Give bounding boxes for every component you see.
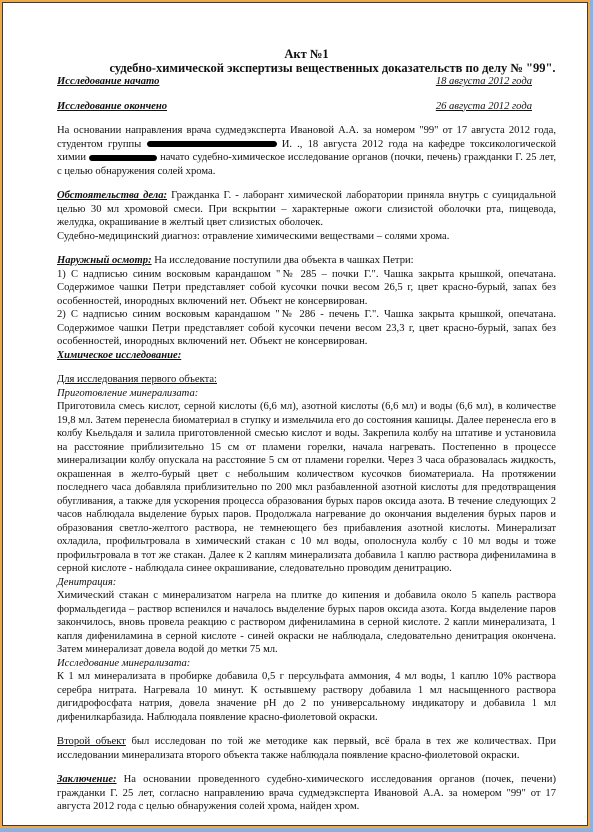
external-exam-heading: Наружный осмотр: — [57, 255, 152, 266]
document-page: Акт №1 судебно-химической экспертизы вещ… — [2, 2, 588, 826]
end-label: Исследование окончено — [57, 100, 167, 114]
second-object: Второй объект был исследован по той же м… — [57, 735, 556, 762]
conclusion: Заключение: На основании проведенного су… — [57, 773, 556, 814]
prep-text: Приготовила смесь кислот, серной кислоты… — [57, 400, 556, 576]
start-label: Исследование начато — [57, 75, 159, 89]
prep-heading: Приготовление минерализата: — [57, 387, 556, 401]
object-1: 1) С надписью синим восковым карандашом … — [57, 268, 556, 309]
redaction-bar — [89, 155, 157, 161]
mineralizate-study-heading: Исследование минерализата: — [57, 657, 556, 671]
end-row: Исследование окончено 26 августа 2012 го… — [57, 100, 556, 114]
end-date: 26 августа 2012 года — [436, 100, 556, 114]
start-date: 18 августа 2012 года — [436, 75, 556, 89]
doc-title: Акт №1 — [57, 47, 556, 61]
redaction-bar — [147, 141, 277, 147]
chemical-heading: Химическое исследование: — [57, 349, 556, 363]
external-exam: Наружный осмотр: На исследование поступи… — [57, 254, 556, 268]
denitration-heading: Денитрация: — [57, 576, 556, 590]
intro-paragraph: На основании направления врача судмедэкс… — [57, 124, 556, 178]
diagnosis: Судебно-медицинский диагноз: отравление … — [57, 230, 556, 244]
circumstances-heading: Обстоятельства дела: — [57, 190, 167, 201]
document-content: Акт №1 судебно-химической экспертизы вещ… — [57, 47, 556, 814]
first-object-heading: Для исследования первого объекта: — [57, 373, 556, 387]
mineralizate-study-text: К 1 мл минерализата в пробирке добавила … — [57, 670, 556, 724]
object-2: 2) С надписью синим восковым карандашом … — [57, 308, 556, 349]
doc-subtitle: судебно-химической экспертизы вещественн… — [57, 61, 578, 75]
conclusion-heading: Заключение: — [57, 774, 117, 785]
second-object-label: Второй объект — [57, 736, 126, 747]
denitration-text: Химический стакан с минерализатом нагрел… — [57, 589, 556, 657]
start-row: Исследование начато 18 августа 2012 года — [57, 75, 556, 89]
circumstances-paragraph: Обстоятельства дела: Гражданка Г. - лабо… — [57, 189, 556, 230]
